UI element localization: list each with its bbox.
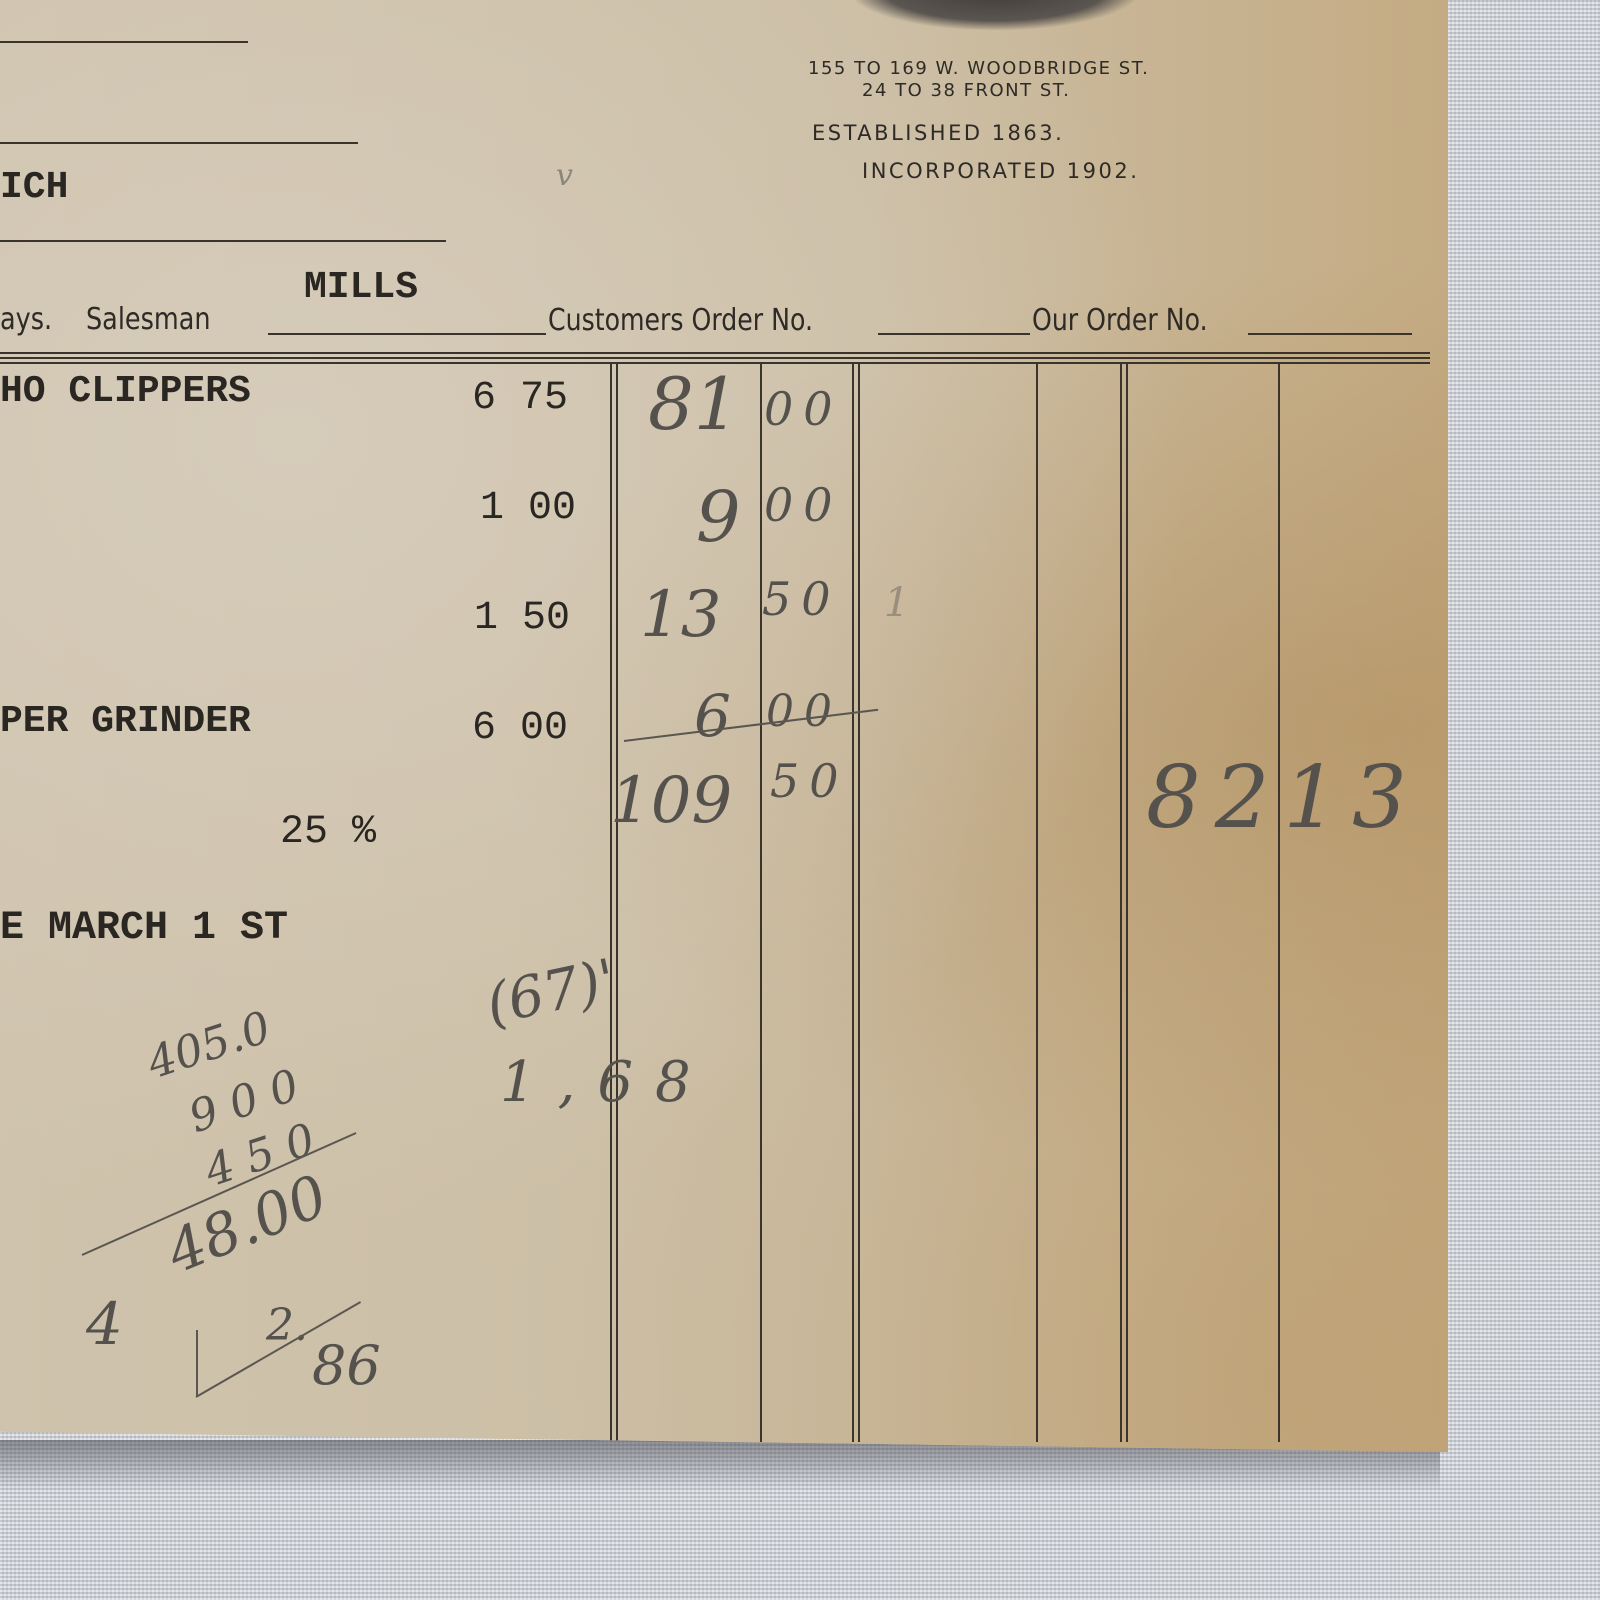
amount-dollars: 6	[694, 682, 731, 750]
subtotal-cents: 50	[770, 754, 849, 808]
address-line-rule-2	[0, 142, 358, 144]
address-line-rule-3	[0, 240, 446, 242]
discount-text: 25 %	[280, 810, 376, 855]
invoice-number: 8213	[1146, 748, 1421, 848]
column-line	[616, 362, 618, 1442]
address-line-rule-1	[0, 41, 248, 43]
address-line-1: 155 TO 169 W. WOODBRIDGE ST.	[808, 58, 1149, 79]
header-rule-mid	[0, 357, 1430, 359]
our-order-label: Our Order No.	[1032, 303, 1208, 338]
amount-cents: 00	[766, 686, 842, 737]
item-unit-price: 6 00	[472, 706, 568, 751]
address-line-2: 24 TO 38 FRONT ST.	[862, 80, 1070, 101]
amount-dollars: 81	[648, 362, 740, 446]
item-unit-price: 6 75	[472, 376, 568, 421]
column-line	[1126, 362, 1128, 1442]
subtotal-dollars: 109	[610, 764, 732, 838]
customers-order-field-line	[878, 333, 1030, 335]
check-mark: v	[556, 158, 573, 193]
customers-order-label: Customers Order No.	[548, 303, 813, 338]
city-text: ICH	[0, 166, 68, 209]
item-description: HO CLIPPERS	[0, 370, 251, 413]
salesman-field-line	[268, 333, 546, 335]
column-line	[610, 362, 612, 1442]
scratch-calc-center: 1,68	[500, 1050, 713, 1115]
terms-text: ays.	[0, 302, 52, 337]
column-line	[1120, 362, 1122, 1442]
letterhead-engraving	[850, 0, 1140, 30]
salesman-label: Salesman	[86, 302, 211, 337]
amount-cents: 50	[762, 572, 841, 626]
invoice-paper: 155 TO 169 W. WOODBRIDGE ST. 24 TO 38 FR…	[0, 0, 1448, 1452]
salesman-value: MILLS	[304, 266, 418, 309]
amount-cents: 00	[764, 478, 843, 532]
column-line	[852, 362, 854, 1442]
column-line	[858, 362, 860, 1442]
item-unit-price: 1 50	[474, 596, 570, 641]
item-unit-price: 1 00	[480, 486, 576, 531]
scratch-calc-left: 4	[86, 1290, 123, 1358]
column-line	[760, 362, 762, 1442]
scratch-division-stem	[196, 1330, 198, 1396]
our-order-field-line	[1248, 333, 1412, 335]
item-description: PER GRINDER	[0, 700, 251, 743]
stray-mark: 1	[884, 580, 909, 626]
scratch-calc-left: 86	[312, 1334, 381, 1397]
header-rule-top	[0, 352, 1430, 354]
scratch-calc-center: (67)'	[481, 947, 622, 1038]
amount-dollars: 13	[640, 578, 721, 652]
incorporated-text: INCORPORATED 1902.	[862, 159, 1139, 183]
column-line	[1278, 362, 1280, 1442]
amount-cents: 00	[764, 382, 843, 436]
terms-note: E MARCH 1 ST	[0, 906, 288, 951]
column-line	[1036, 362, 1038, 1442]
amount-dollars: 9	[696, 476, 741, 558]
established-text: ESTABLISHED 1863.	[812, 121, 1064, 145]
